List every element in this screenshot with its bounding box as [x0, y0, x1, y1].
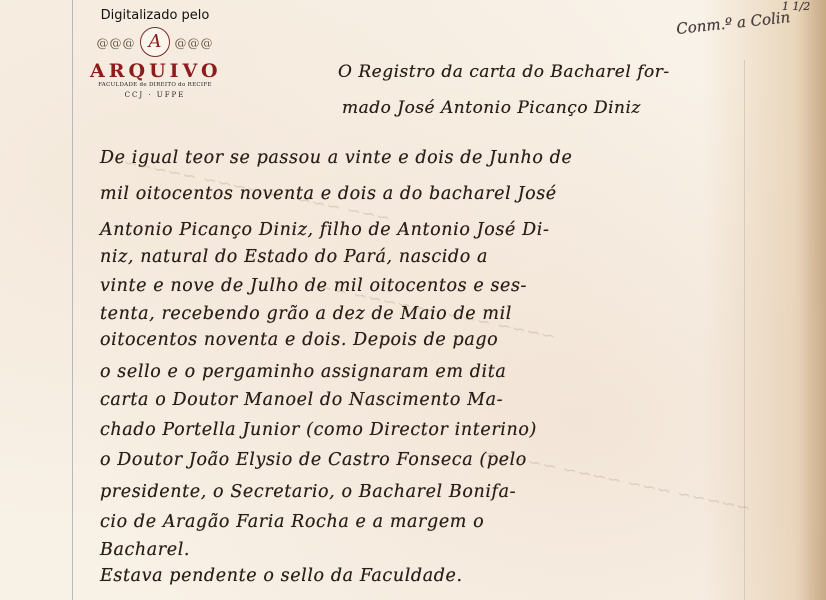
body-line: niz, natural do Estado do Pará, nascido … [100, 247, 488, 267]
body-line: Bacharel. [100, 540, 190, 560]
page-number: 1 1/2 [782, 0, 810, 13]
body-line: cio de Aragão Faria Rocha e a margem o [100, 512, 484, 532]
body-line: o Doutor João Elysio de Castro Fonseca (… [100, 450, 527, 470]
body-line: tenta, recebendo grão a dez de Maio de m… [100, 304, 512, 324]
arquivo-logo: Digitalizado pelo @@@ A @@@ ARQUIVO FACU… [90, 6, 220, 99]
body-line: chado Portella Junior (como Director int… [100, 420, 537, 440]
corner-annotation: Conm.º a Colin [675, 8, 791, 38]
body-line: De igual teor se passou a vinte e dois d… [100, 148, 572, 168]
body-line: o sello e o pergaminho assignaram em dit… [100, 362, 506, 382]
manuscript-page: ~~~ ~~~~~ ~~~~ ~~~~~ ~~~~ ~~~ ~~~~~~ ~~~… [0, 0, 826, 600]
body-line: mil oitocentos noventa e dois a do bacha… [100, 184, 557, 204]
ornament-swirl-icon: @@@ [94, 35, 138, 51]
body-line: Estava pendente o sello da Faculdade. [100, 566, 463, 586]
body-line: oitocentos noventa e dois. Depois de pag… [100, 330, 498, 350]
logo-caption: Digitalizado pelo [90, 8, 220, 23]
body-line: carta o Doutor Manoel do Nascimento Ma- [100, 390, 503, 410]
logo-emblem: @@@ A @@@ [90, 27, 220, 61]
logo-institution: CCJ · UFPE [90, 91, 220, 99]
logo-subtitle: FACULDADE de DIREITO do RECIFE [90, 82, 220, 88]
body-line: presidente, o Secretario, o Bacharel Bon… [100, 482, 516, 502]
right-margin-rule [744, 60, 745, 600]
ornament-swirl-icon: @@@ [172, 35, 216, 51]
page-edge-shadow [798, 0, 826, 600]
heading-line: O Registro da carta do Bacharel for- [338, 62, 670, 82]
left-margin-rule [72, 0, 73, 600]
body-line: vinte e nove de Julho de mil oitocentos … [100, 276, 527, 296]
logo-name: ARQUIVO [90, 61, 220, 81]
body-line: Antonio Picanço Diniz, filho de Antonio … [100, 220, 549, 240]
emblem-letter-icon: A [140, 27, 170, 57]
heading-line: mado José Antonio Picanço Diniz [342, 98, 641, 118]
